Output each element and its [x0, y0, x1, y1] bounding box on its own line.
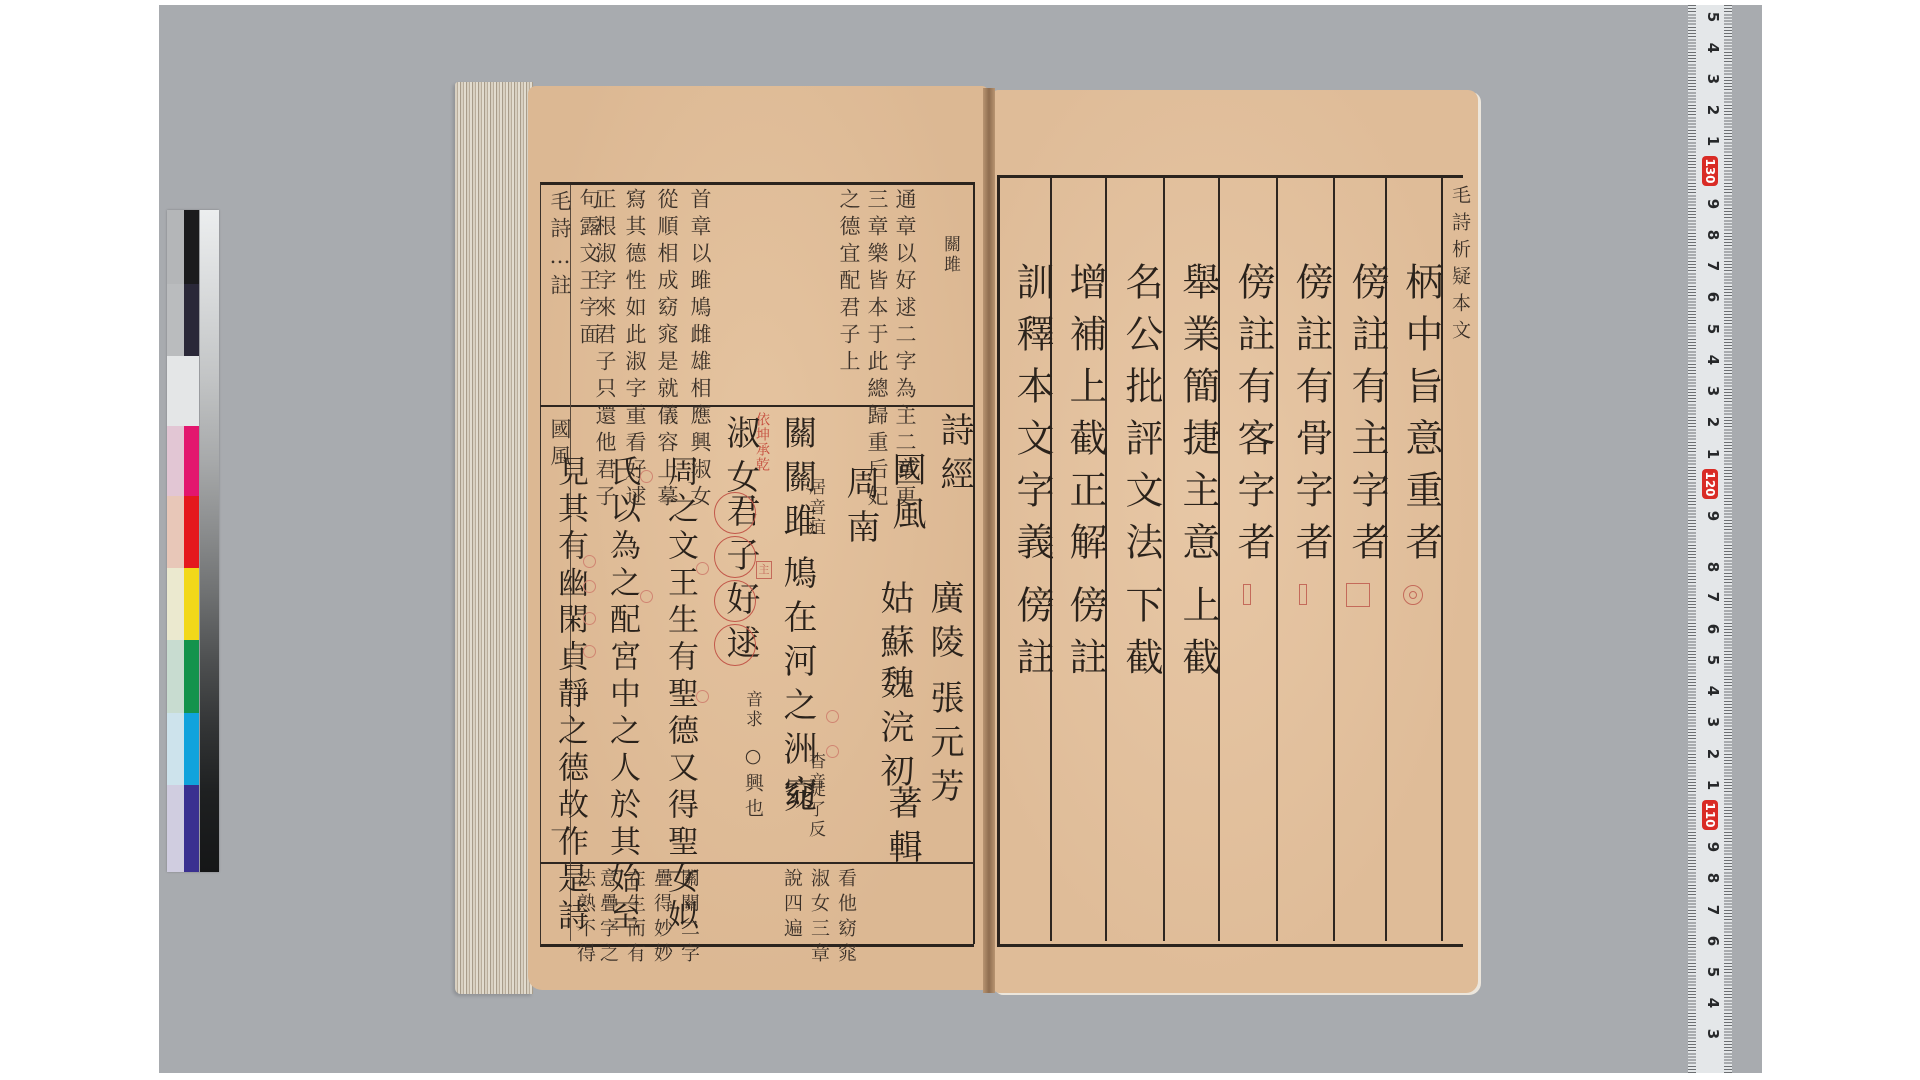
double-circle-mark-icon — [1403, 585, 1423, 605]
ruler-label: 2 — [1705, 743, 1721, 765]
lower-register-column: 意疊字之 — [595, 868, 622, 968]
legend-text: 傍註有客字者 — [1226, 262, 1281, 574]
legend-text: 訓釋本文字義 — [1005, 262, 1060, 574]
legend-mark-label: 傍註 — [1005, 585, 1060, 689]
measuring-ruler: 5 4 3 2 1 130 9 8 7 6 5 4 3 2 1 120 9 8 … — [1688, 5, 1732, 1073]
grayscale-strip — [200, 210, 219, 872]
ruler-label: 1 — [1705, 774, 1721, 796]
pronunciation-gloss: 音求 — [740, 690, 765, 730]
ruler-label: 3 — [1705, 68, 1721, 90]
ruler-label: 3 — [1705, 1023, 1721, 1045]
red-dot-mark — [696, 690, 709, 703]
red-dot-mark — [696, 562, 709, 575]
legend-mark-label: 傍註 — [1058, 585, 1113, 689]
ruler-label: 4 — [1705, 680, 1721, 702]
upper-register-column: 句露文王字面 — [574, 188, 604, 350]
red-dot-mark — [640, 470, 653, 483]
ruler-label: 2 — [1705, 411, 1721, 433]
legend-mark-label: 上截 — [1171, 585, 1226, 689]
red-circle-mark — [714, 624, 756, 666]
boxed-mark: 主 — [756, 561, 772, 579]
left-margin-title: 毛詩…註 — [545, 190, 575, 301]
ruler-label: 7 — [1705, 899, 1721, 921]
ruler-label: 1 — [1705, 443, 1721, 465]
legend-text: 傍註有主字者 — [1340, 262, 1395, 574]
ruler-label: 8 — [1705, 556, 1721, 578]
red-circle-mark — [714, 580, 756, 622]
ruler-label: 6 — [1705, 930, 1721, 952]
ruler-label: 5 — [1705, 649, 1721, 671]
ruler-major-label: 110 — [1702, 800, 1718, 830]
ruler-label: 4 — [1705, 349, 1721, 371]
red-dot-mark — [826, 710, 839, 723]
lower-register-column: 看他窈窕 — [833, 868, 860, 968]
ruler-label: 4 — [1705, 992, 1721, 1014]
ruler-label: 4 — [1705, 37, 1721, 59]
compiled-label: 著輯 — [878, 785, 927, 873]
bar-mark-icon — [1243, 584, 1251, 605]
ruler-label: 8 — [1705, 224, 1721, 246]
book-gutter — [983, 88, 995, 993]
verse-line: 淑女 — [716, 415, 765, 503]
subsection-title: 周南 — [836, 465, 885, 553]
bar-mark-icon — [1299, 584, 1307, 605]
pronunciation-gloss: 居音疽 — [803, 478, 828, 538]
red-dot-mark — [826, 745, 839, 758]
legend-text: 柄中旨意重者 — [1394, 262, 1449, 574]
genre-label: ○興也 — [740, 745, 767, 823]
color-checker-card — [167, 210, 219, 872]
legend-mark-label: 下截 — [1114, 585, 1169, 689]
ruler-label: 5 — [1705, 961, 1721, 983]
ruler-major-label: 120 — [1702, 469, 1718, 499]
red-dot-mark — [583, 645, 596, 658]
ruler-label: 7 — [1705, 586, 1721, 608]
ruler-label: 7 — [1705, 255, 1721, 277]
upper-register-column: 之德宜配君子上 — [834, 188, 864, 377]
red-dot-mark — [583, 555, 596, 568]
upper-register-heading: 關雎 — [938, 235, 963, 275]
lower-register-column: 說四遍 — [779, 868, 806, 943]
author-2-place: 姑蘇 — [870, 580, 919, 668]
ruler-label: 3 — [1705, 380, 1721, 402]
right-margin-title: 毛詩析疑本文 — [1447, 185, 1474, 347]
red-dot-mark — [583, 612, 596, 625]
ruler-label: 8 — [1705, 867, 1721, 889]
ruler-label: 1 — [1705, 130, 1721, 152]
ruler-label: 6 — [1705, 618, 1721, 640]
red-circle-mark — [714, 536, 756, 578]
ruler-label: 3 — [1705, 711, 1721, 733]
red-circle-mark — [714, 492, 756, 534]
author-2-name: 魏浣初 — [870, 665, 919, 797]
commentary-column: 氏以為之配宮中之人於其始至 — [600, 455, 645, 936]
red-dot-mark — [640, 590, 653, 603]
lower-register-column: 關關二字 — [676, 868, 703, 968]
lower-register-column: 淑女三章 — [806, 868, 833, 968]
author-1-place: 廣陵 — [920, 580, 969, 668]
ruler-label: 6 — [1705, 286, 1721, 308]
left-page-frame-edge — [973, 182, 975, 944]
lower-register-column: 在生而有 — [622, 868, 649, 968]
square-mark-icon — [1346, 583, 1370, 607]
legend-text: 舉業簡捷主意 — [1171, 262, 1226, 574]
lower-register-column: 法熟不得 — [572, 868, 599, 968]
commentary-column: 見其有幽閑貞靜之德故作是詩 — [548, 455, 593, 936]
ruler-label: 5 — [1705, 318, 1721, 340]
ruler-label: 9 — [1705, 505, 1721, 527]
lower-register-column: 疊得妙妙 — [649, 868, 676, 968]
ruler-label: 2 — [1705, 99, 1721, 121]
ruler-label: 5 — [1705, 6, 1721, 28]
ruler-label: 9 — [1705, 193, 1721, 215]
ruler-label: 9 — [1705, 836, 1721, 858]
author-1-name: 張元芳 — [920, 680, 969, 812]
legend-text: 傍註有骨字者 — [1284, 262, 1339, 574]
ruler-major-label: 130 — [1702, 156, 1718, 186]
legend-text: 增補上截正解 — [1058, 262, 1113, 574]
book-fore-edge — [455, 82, 533, 994]
pronunciation-gloss: 徒了反 — [803, 780, 828, 840]
book-title: 詩經 — [930, 412, 979, 500]
legend-text: 名公批評文法 — [1114, 262, 1169, 574]
section-title: 國風 — [882, 452, 931, 540]
red-dot-mark — [583, 580, 596, 593]
